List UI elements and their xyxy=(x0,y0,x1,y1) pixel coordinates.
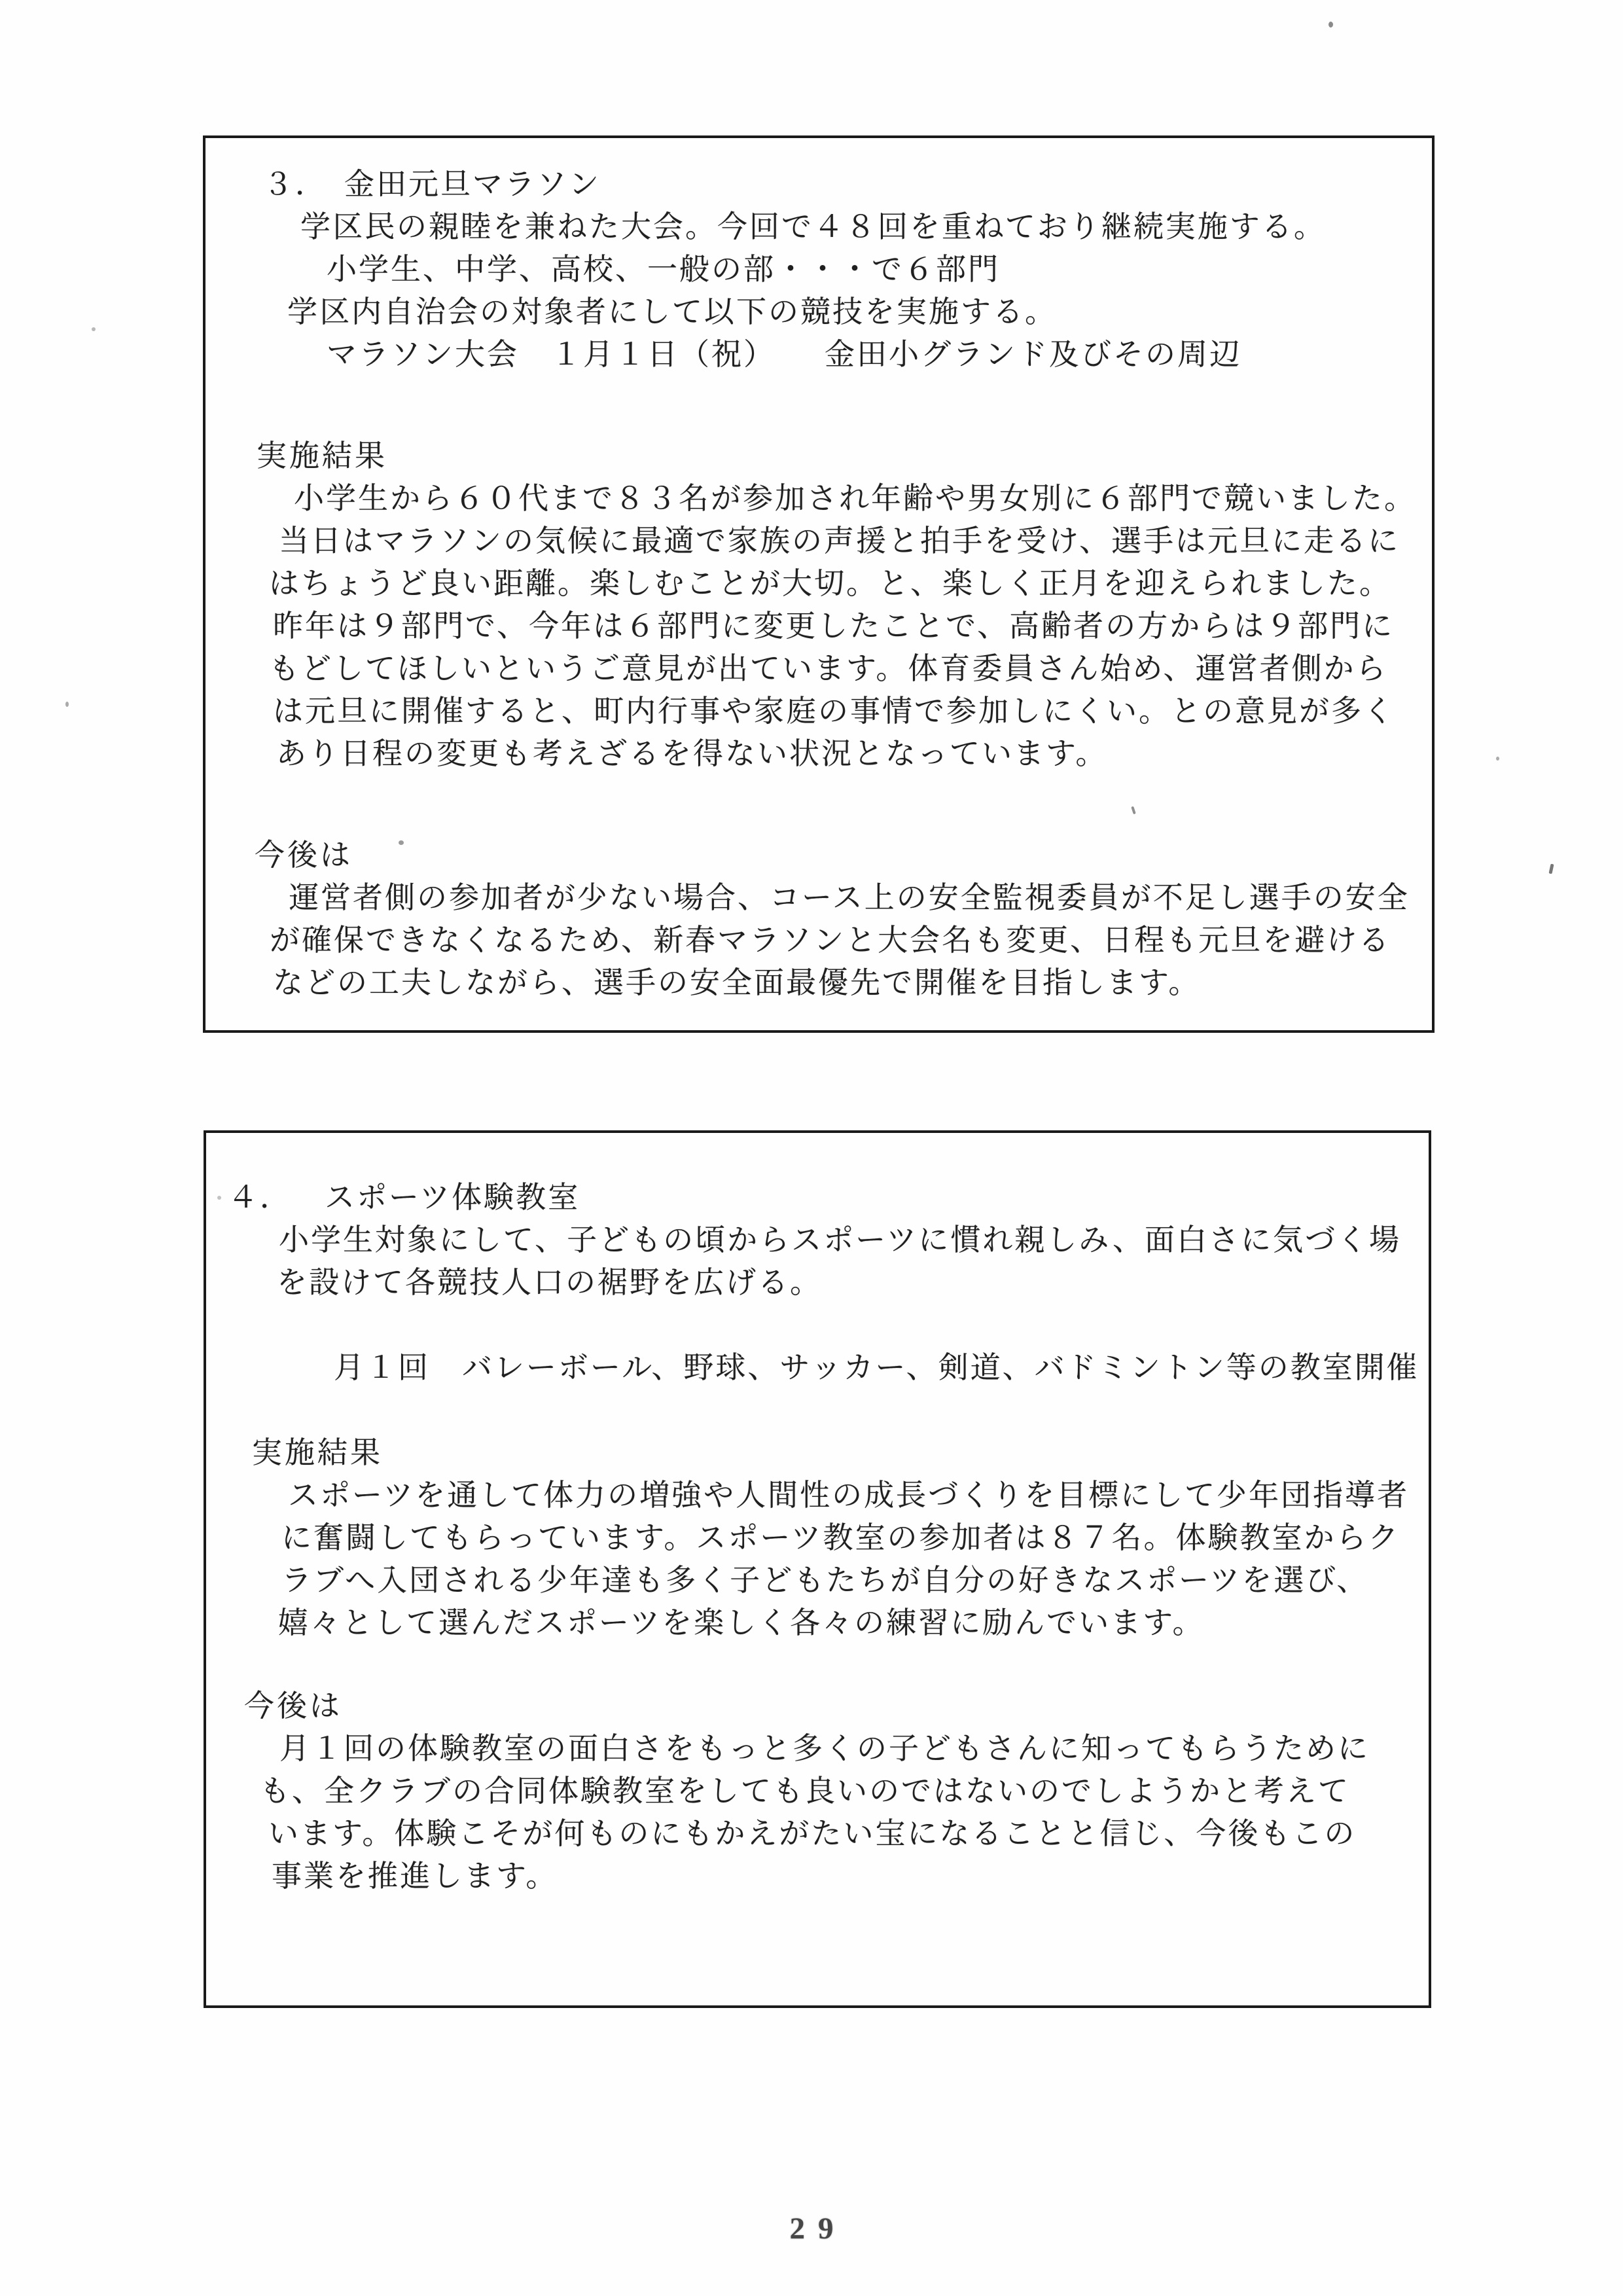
scan-speck xyxy=(1496,757,1499,761)
text-line: もどしてほしいというご意見が出ています。体育委員さん始め、運営者側から xyxy=(269,647,1432,690)
page-number: 29 xyxy=(753,2211,883,2246)
text-line: を設けて各競技人口の裾野を広げる。 xyxy=(277,1261,1429,1304)
text-line: 事業を推進します。 xyxy=(272,1855,1429,1897)
text-line: に奮闘してもらっています。スポーツ教室の参加者は８７名。体験教室からク xyxy=(281,1516,1429,1559)
text-line: は元旦に開催すると、町内行事や家庭の事情で参加しにくい。との意見が多く xyxy=(273,690,1432,732)
scan-speck xyxy=(92,327,96,331)
text-line: マラソン大会 １月１日（祝） 金田小グランド及びその周辺 xyxy=(327,333,1432,376)
section-kaneda-marathon: ３．金田元旦マラソン 学区民の親睦を兼ねた大会。今回で４８回を重ねており継続実施… xyxy=(203,135,1435,1033)
section-title: スポーツ体験教室 xyxy=(325,1181,580,1214)
text-line: 小学生対象にして、子どもの頃からスポーツに慣れ親しみ、面白さに気づく場 xyxy=(279,1219,1429,1261)
future-label: 今後は xyxy=(244,1685,1429,1727)
scan-speck xyxy=(399,840,404,845)
section-heading: ４．スポーツ体験教室 xyxy=(228,1176,1429,1219)
text-line: 当日はマラソンの気候に最適で家族の声援と拍手を受け、選手は元旦に走るに xyxy=(279,520,1432,562)
text-line: 運営者側の参加者が少ない場合、コース上の安全監視委員が不足し選手の安全 xyxy=(289,876,1432,919)
scan-speck xyxy=(217,1196,221,1200)
text-line: 嬉々として選んだスポーツを楽しく各々の練習に励んでいます。 xyxy=(278,1602,1429,1644)
result-label: 実施結果 xyxy=(257,435,1432,477)
text-line: スポーツを通して体力の増強や人間性の成長づくりを目標にして少年団指導者 xyxy=(288,1474,1429,1516)
schedule-line: 月１回 バレーボール、野球、サッカー、剣道、バドミントン等の教室開催 xyxy=(334,1346,1429,1389)
scan-speck xyxy=(65,702,69,707)
future-label: 今後は xyxy=(255,834,1432,876)
scan-speck xyxy=(1548,864,1554,874)
text-line: 昨年は９部門で、今年は６部門に変更したことで、高齢者の方からは９部門に xyxy=(273,605,1432,647)
scan-speck xyxy=(1329,22,1333,27)
document-page: ３．金田元旦マラソン 学区民の親睦を兼ねた大会。今回で４８回を重ねており継続実施… xyxy=(0,0,1623,2296)
text-line: はちょうど良い距離。楽しむことが大切。と、楽しく正月を迎えられました。 xyxy=(269,562,1432,605)
text-line: も、全クラブの合同体験教室をしても良いのではないのでしようかと考えて xyxy=(260,1770,1429,1812)
result-label: 実施結果 xyxy=(252,1431,1429,1474)
section-sports-class: ４．スポーツ体験教室 小学生対象にして、子どもの頃からスポーツに慣れ親しみ、面白… xyxy=(204,1130,1431,2008)
text-line: あり日程の変更も考えざるを得ない状況となっています。 xyxy=(276,732,1432,775)
section-heading: ３．金田元旦マラソン xyxy=(263,163,1432,206)
text-line: 学区民の親睦を兼ねた大会。今回で４８回を重ねており継続実施する。 xyxy=(300,206,1432,248)
section-title: 金田元旦マラソン xyxy=(344,168,601,201)
text-line: います。体験こそが何ものにもかえがたい宝になることと信じ、今後もこの xyxy=(268,1812,1429,1855)
section-number: ３． xyxy=(263,163,327,206)
text-line: 小学生から６０代まで８３名が参加され年齢や男女別に６部門で競いました。 xyxy=(294,477,1432,520)
text-line: が確保できなくなるため、新春マラソンと大会名も変更、日程も元旦を避ける xyxy=(270,919,1432,961)
text-line: 学区内自治会の対象者にして以下の競技を実施する。 xyxy=(287,291,1432,333)
text-line: 月１回の体験教室の面白さをもっと多くの子どもさんに知ってもらうために xyxy=(279,1727,1429,1770)
section-number: ４． xyxy=(228,1176,292,1219)
text-line: 小学生、中学、高校、一般の部・・・で６部門 xyxy=(327,248,1432,291)
text-line: ラブへ入団される少年達も多く子どもたちが自分の好きなスポーツを選び、 xyxy=(281,1559,1429,1602)
text-line: などの工夫しながら、選手の安全面最優先で開催を目指します。 xyxy=(273,961,1432,1004)
